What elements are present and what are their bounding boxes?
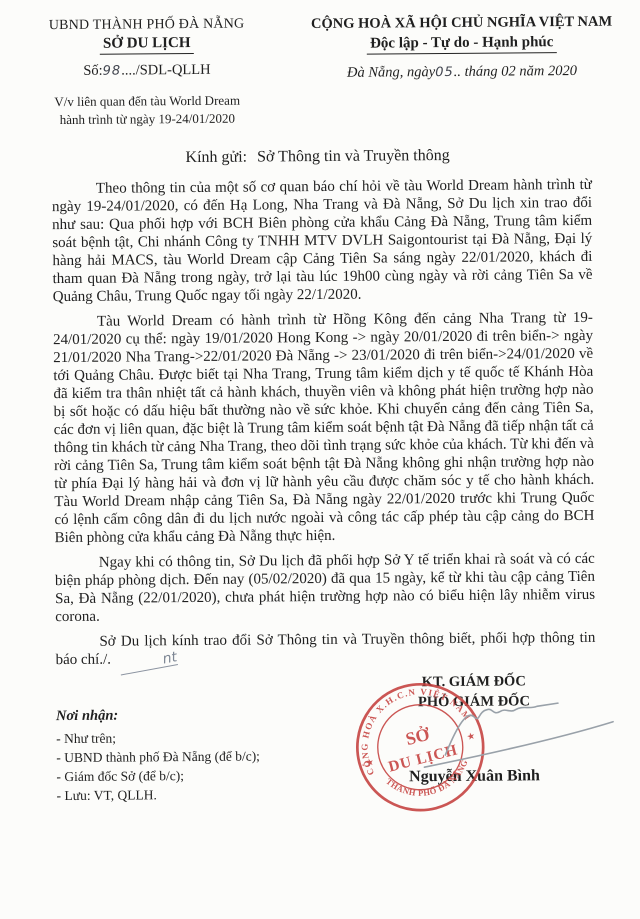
org-name: SỞ DU LỊCH (0, 34, 297, 55)
place-date-line: Đà Nẵng, ngày05.. tháng 02 năm 2020 (297, 63, 627, 83)
body-paragraph-2: Tàu World Dream có hành trình từ Hồng Kô… (53, 309, 595, 547)
salutation-line: Kính gửi:Sở Thông tin và Truyền thông (0, 146, 638, 169)
letter-footer: Nơi nhận: - Như trên; - UBND thành phố Đ… (2, 672, 640, 872)
date-prefix: Đà Nẵng, ngày (347, 64, 435, 81)
issuing-org-block: UBND THÀNH PHỐ ĐÀ NẴNG SỞ DU LỊCH Số:98.… (0, 16, 297, 128)
scan-tilt-wrapper: UBND THÀNH PHỐ ĐÀ NẴNG SỞ DU LỊCH Số:98.… (0, 0, 640, 919)
document-number: Số:98..../SDL-QLLH (0, 61, 297, 80)
recipient-item: - Lưu: VT, QLLH. (57, 785, 261, 806)
subject-line-2: hành trình từ ngày 19-24/01/2020 (0, 109, 297, 129)
recipient-item: - Giám đốc Sở (để b/c); (56, 765, 260, 786)
org-parent-name: UBND THÀNH PHỐ ĐÀ NẴNG (0, 16, 297, 34)
body-paragraph-3: Ngay khi có thông tin, Sở Du lịch đã phố… (55, 550, 596, 626)
recipients-block: Nơi nhận: - Như trên; - UBND thành phố Đ… (56, 705, 260, 806)
date-handwritten-day: 05 (435, 65, 454, 80)
recipient-item: - UBND thành phố Đà Nẵng (để b/c); (56, 746, 260, 767)
national-motto-block: CỘNG HOÀ XÃ HỘI CHỦ NGHĨA VIỆT NAM Độc l… (297, 14, 638, 127)
scanned-letter-page: UBND THÀNH PHỐ ĐÀ NẴNG SỞ DU LỊCH Số:98.… (0, 0, 640, 919)
org-name-text: SỞ DU LỊCH (100, 35, 194, 55)
body-paragraph-1: Theo thông tin của một số cơ quan báo ch… (52, 176, 593, 306)
date-suffix: .. tháng 02 năm 2020 (454, 63, 577, 80)
national-title: CỘNG HOÀ XÃ HỘI CHỦ NGHĨA VIỆT NAM (297, 14, 627, 34)
salutation-label: Kính gửi: (185, 149, 247, 166)
handwritten-signature-icon (400, 686, 629, 784)
handwritten-initial: nt (119, 650, 179, 675)
national-motto: Độc lập - Tự do - Hạnh phúc (297, 34, 627, 56)
doc-number-prefix: Số: (83, 63, 102, 79)
salutation-recipient: Sở Thông tin và Truyền thông (257, 147, 450, 166)
letter-header: UBND THÀNH PHỐ ĐÀ NẴNG SỞ DU LỊCH Số:98.… (0, 0, 637, 129)
national-motto-text: Độc lập - Tự do - Hạnh phúc (367, 34, 557, 54)
subject-line: V/v liên quan đến tàu World Dream hành t… (0, 91, 297, 128)
letter-body: Theo thông tin của một số cơ quan báo ch… (52, 176, 596, 669)
doc-number-suffix: ..../SDL-QLLH (121, 62, 211, 79)
body-paragraph-4: Sở Du lịch kính trao đổi Sở Thông tin và… (55, 629, 595, 669)
recipients-title: Nơi nhận: (56, 705, 260, 727)
doc-number-handwritten: 98 (103, 64, 122, 79)
recipient-item: - Như trên; (56, 727, 260, 748)
